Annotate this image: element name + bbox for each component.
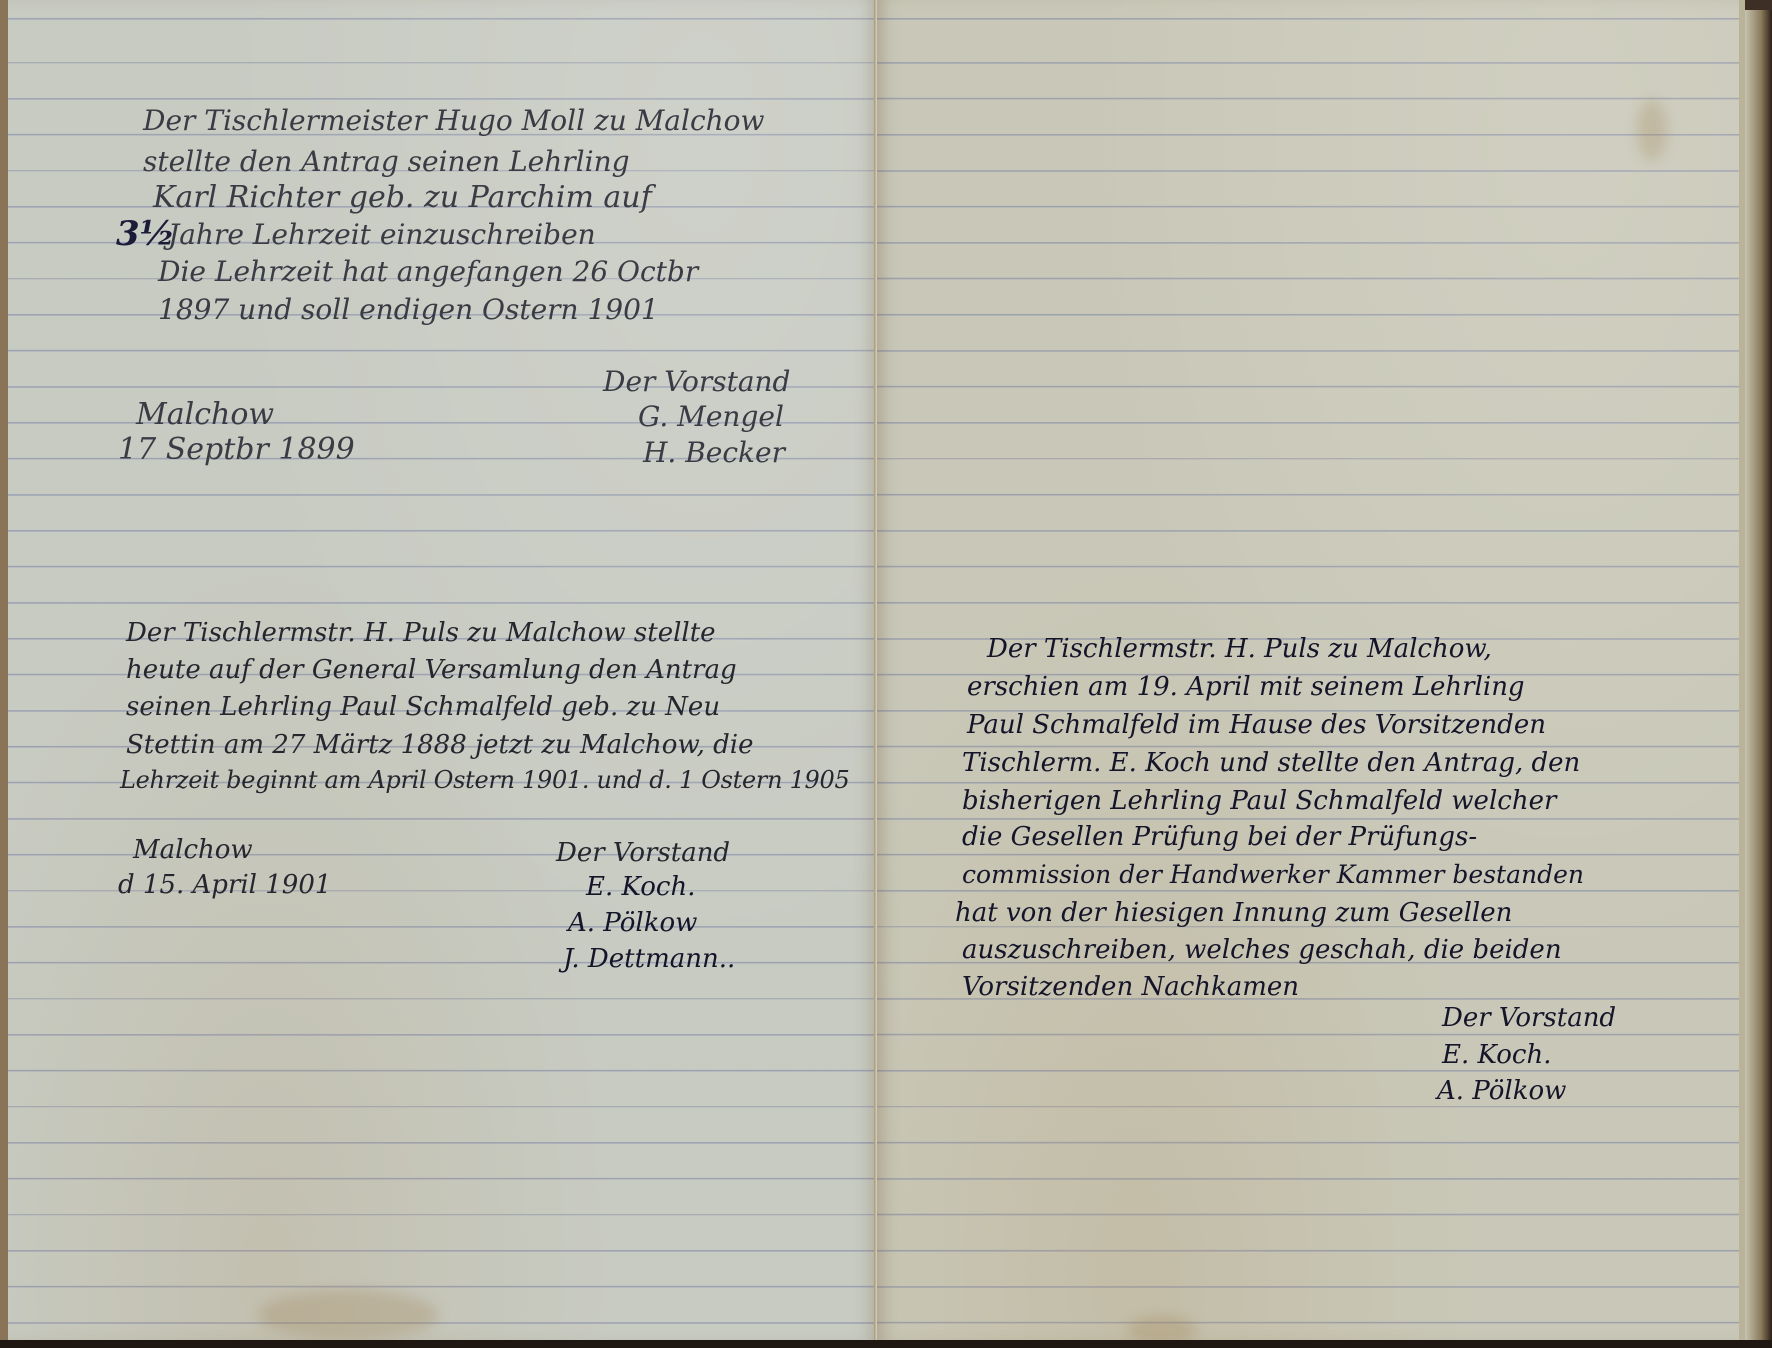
text-line: bisherigen Lehrling Paul Schmalfeld welc… [962, 786, 1556, 816]
text-line: heute auf der General Versamlung den Ant… [126, 655, 737, 685]
text-line: 1897 und soll endigen Ostern 1901 [158, 293, 659, 326]
signature-heading: Der Vorstand [1442, 1003, 1616, 1033]
signature-heading: Der Vorstand [556, 838, 730, 868]
text-line: Der Tischlermstr. H. Puls zu Malchow, [987, 634, 1492, 664]
text-line: erschien am 19. April mit seinem Lehrlin… [967, 672, 1525, 702]
paper-stain [1637, 100, 1667, 160]
text-line: stellte den Antrag seinen Lehrling [143, 145, 630, 178]
signature: E. Koch. [1442, 1040, 1551, 1070]
entry-date: d 15. April 1901 [118, 870, 331, 900]
signature: G. Mengel [638, 400, 784, 433]
text-line: Vorsitzenden Nachkamen [962, 972, 1299, 1002]
text-line: Karl Richter geb. zu Parchim auf [153, 180, 652, 215]
entry-date: 17 Septbr 1899 [118, 432, 355, 467]
left-page: Der Tischlermeister Hugo Moll zu Malchow… [0, 0, 877, 1340]
signature: H. Becker [643, 436, 785, 469]
signature-heading: Der Vorstand [603, 365, 790, 398]
text-line: Tischlerm. E. Koch und stellte den Antra… [962, 748, 1580, 778]
notebook-spread: Der Tischlermeister Hugo Moll zu Malchow… [0, 0, 1772, 1348]
signature: J. Dettmann.. [563, 944, 735, 974]
text-line: commission der Handwerker Kammer bestand… [962, 860, 1584, 889]
text-line: Stettin am 27 Märtz 1888 jetzt zu Malcho… [126, 730, 754, 760]
text-line: seinen Lehrling Paul Schmalfeld geb. zu … [126, 692, 720, 722]
signature: E. Koch. [586, 872, 695, 902]
entry-place: Malchow [133, 835, 253, 865]
text-line: die Gesellen Prüfung bei der Prüfungs- [962, 822, 1477, 852]
entry-place: Malchow [136, 397, 274, 432]
signature: A. Pölkow [1437, 1076, 1566, 1106]
signature: A. Pölkow [568, 908, 697, 938]
text-line: auszuschreiben, welches geschah, die bei… [962, 935, 1562, 965]
text-line: Jahre Lehrzeit einzuschreiben [168, 218, 596, 251]
right-page: Der Tischlermstr. H. Puls zu Malchow, er… [877, 0, 1745, 1340]
margin-note-duration: 3½ [116, 214, 175, 254]
text-line: Die Lehrzeit hat angefangen 26 Octbr [158, 255, 698, 288]
text-line: Der Tischlermeister Hugo Moll zu Malchow [143, 104, 765, 137]
book-bottom-edge [0, 1340, 1772, 1348]
text-line: Der Tischlermstr. H. Puls zu Malchow ste… [126, 618, 716, 648]
book-edge [1745, 10, 1772, 1348]
text-line: Paul Schmalfeld im Hause des Vorsitzende… [967, 710, 1546, 740]
text-line: Lehrzeit beginnt am April Ostern 1901. u… [120, 766, 849, 794]
text-line: hat von der hiesigen Innung zum Gesellen [955, 898, 1512, 928]
paper-stain [258, 1290, 438, 1340]
